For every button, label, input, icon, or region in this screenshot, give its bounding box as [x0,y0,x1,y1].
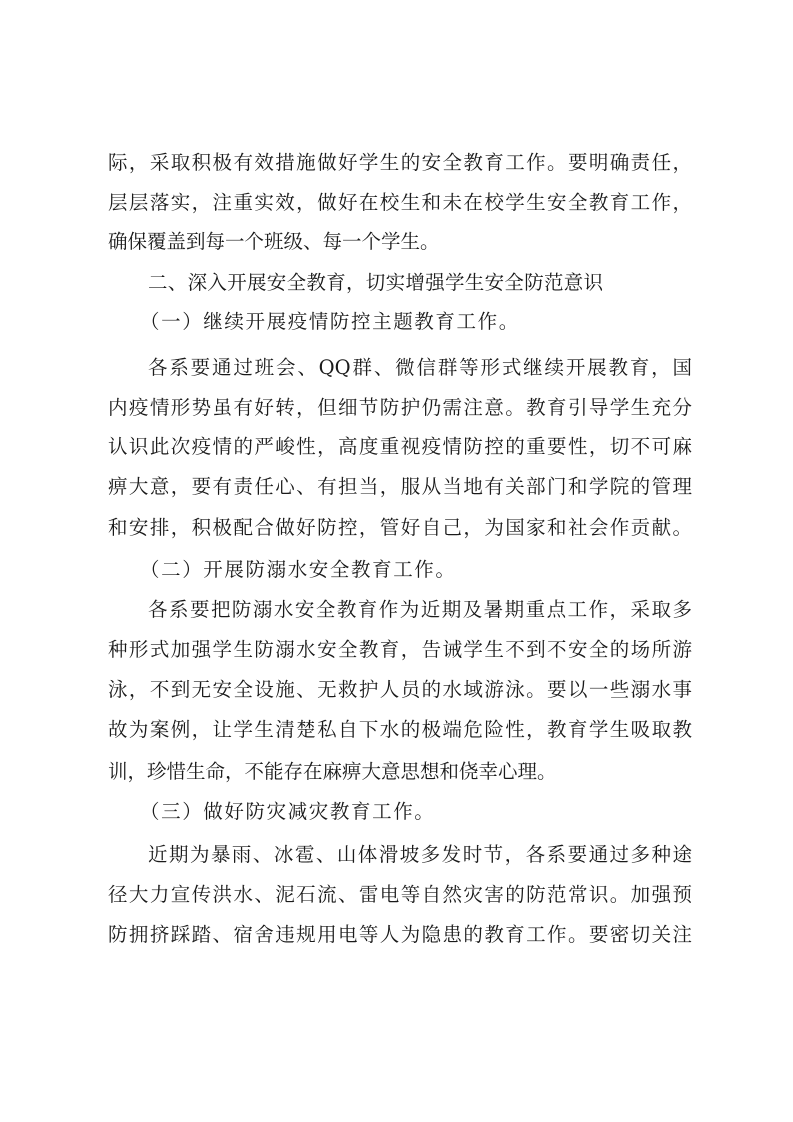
paragraph-line: 确保覆盖到每一个班级、每一个学生。 [108,227,692,257]
paragraph-line: 和安排，积极配合做好防控，管好自己，为国家和社会作贡献。 [108,513,692,543]
subheading-2: （二）开展防溺水安全教育工作。 [140,555,660,585]
paragraph-line: 内疫情形势虽有好转，但细节防护仍需注意。教育引导学生充分 [108,393,692,423]
section-heading: 二、深入开展安全教育，切实增强学生安全防范意识 [148,268,668,298]
subheading-1: （一）继续开展疫情防控主题教育工作。 [140,307,660,337]
paragraph-line: 近期为暴雨、冰雹、山体滑坡多发时节，各系要通过多种途 [148,840,692,870]
paragraph-line: 径大力宣传洪水、泥石流、雷电等自然灾害的防范常识。加强预 [108,880,692,910]
paragraph-line: 痹大意，要有责任心、有担当，服从当地有关部门和学院的管理 [108,472,692,502]
paragraph-line: 各系要通过班会、QQ群、微信群等形式继续开展教育，国 [148,353,692,383]
document-page: 际，采取积极有效措施做好学生的安全教育工作。要明确责任， 层层落实，注重实效，做… [0,0,793,1122]
paragraph-line: 认识此次疫情的严峻性，高度重视疫情防控的重要性，切不可麻 [108,432,692,462]
paragraph-line: 泳，不到无安全设施、无救护人员的水域游泳。要以一些溺水事 [108,675,692,705]
subheading-3: （三）做好防灾减灾教育工作。 [140,797,660,827]
paragraph-line: 防拥挤踩踏、宿舍违规用电等人为隐患的教育工作。要密切关注 [108,920,692,950]
paragraph-line: 故为案例，让学生清楚私自下水的极端危险性，教育学生吸取教 [108,715,692,745]
paragraph-line: 训，珍惜生命，不能存在麻痹大意思想和侥幸心理。 [108,757,692,787]
paragraph-line: 种形式加强学生防溺水安全教育，告诫学生不到不安全的场所游 [108,635,692,665]
paragraph-line: 际，采取积极有效措施做好学生的安全教育工作。要明确责任， [108,148,692,178]
paragraph-line: 各系要把防溺水安全教育作为近期及暑期重点工作，采取多 [148,595,692,625]
paragraph-line: 层层落实，注重实效，做好在校生和未在校学生安全教育工作， [108,188,692,218]
